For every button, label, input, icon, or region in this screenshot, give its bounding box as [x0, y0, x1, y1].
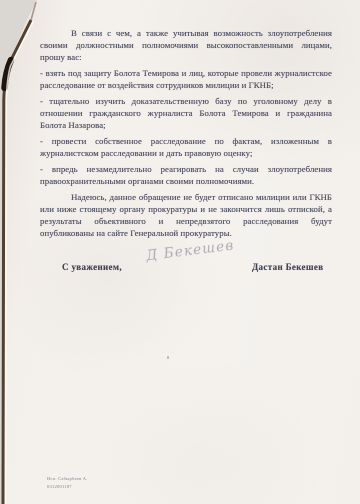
- scan-speck: [167, 356, 169, 359]
- closing-paragraph: Надеюсь, данное обращение не будет отпис…: [40, 191, 332, 239]
- request-item-response: - впредь незамедлительно реагировать на …: [40, 163, 332, 187]
- intro-paragraph: В связи с чем, а также учитывая возможно…: [40, 27, 332, 63]
- executor-phone: 0312001187: [47, 483, 88, 491]
- request-item-investigation: - провести собственное расследование по …: [40, 135, 332, 159]
- request-item-protection: - взять под защиту Болота Темирова и лиц…: [40, 67, 332, 91]
- letter-body: В связи с чем, а также учитывая возможно…: [40, 27, 332, 243]
- paper-edge-highlight: [6, 21, 34, 504]
- executor-name: Исп. Сабырбаев А.: [47, 475, 88, 483]
- salutation-text: С уважением,: [62, 262, 122, 272]
- executor-footer: Исп. Сабырбаев А. 0312001187: [47, 475, 88, 490]
- request-item-evidence: - тщательно изучить доказательственную б…: [40, 95, 332, 131]
- signatory-name: Дастан Бекешев: [252, 262, 323, 272]
